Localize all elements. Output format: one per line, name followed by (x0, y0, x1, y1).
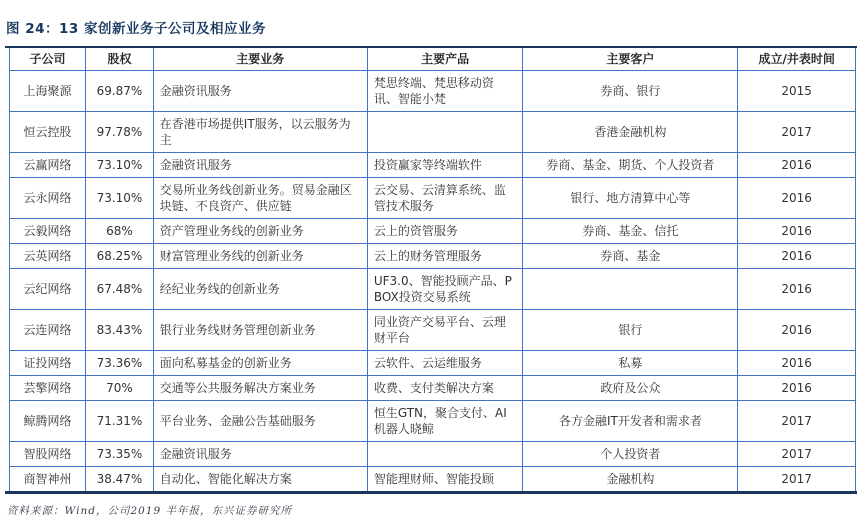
table-row: 云赢网络 73.10% 金融资讯服务 投资赢家等终端软件 券商、基金、期货、个人… (10, 153, 856, 178)
cell-products: 智能理财师、智能投顾 (367, 467, 523, 492)
table-row: 证投网络 73.36% 面向私募基金的创新业务 云软件、云运维服务 私募 201… (10, 351, 856, 376)
cell-business: 自动化、智能化解决方案 (153, 467, 367, 492)
cell-clients (523, 269, 738, 310)
cell-clients: 银行 (523, 310, 738, 351)
column-header-subsidiary: 子公司 (10, 48, 86, 71)
cell-products: 云上的资管服务 (367, 219, 523, 244)
cell-clients: 银行、地方清算中心等 (523, 178, 738, 219)
cell-products: 收费、支付类解决方案 (367, 376, 523, 401)
column-header-clients: 主要客户 (523, 48, 738, 71)
cell-business: 经纪业务线的创新业务 (153, 269, 367, 310)
cell-business: 资产管理业务线的创新业务 (153, 219, 367, 244)
cell-stake: 97.78% (86, 112, 154, 153)
cell-year: 2016 (738, 153, 856, 178)
table-row: 云纪网络 67.48% 经纪业务线的创新业务 UF3.0、智能投顾产品、PBOX… (10, 269, 856, 310)
cell-subsidiary: 智股网络 (10, 442, 86, 467)
cell-stake: 70% (86, 376, 154, 401)
cell-year: 2017 (738, 401, 856, 442)
cell-products: 梵思终端、梵思移动资讯、智能小梵 (367, 71, 523, 112)
cell-clients: 香港金融机构 (523, 112, 738, 153)
cell-stake: 69.87% (86, 71, 154, 112)
table-row: 云英网络 68.25% 财富管理业务线的创新业务 云上的财务管理服务 券商、基金… (10, 244, 856, 269)
table-header-row: 子公司 股权 主要业务 主要产品 主要客户 成立/并表时间 (10, 48, 856, 71)
table-row: 恒云控股 97.78% 在香港市场提供IT服务，以云服务为主 香港金融机构 20… (10, 112, 856, 153)
report-figure-page: 图 24：13 家创新业务子公司及相应业务 子公司 股权 主要业务 主要产品 主… (0, 0, 867, 518)
cell-products (367, 112, 523, 153)
subsidiaries-table: 子公司 股权 主要业务 主要产品 主要客户 成立/并表时间 上海聚源 69.87… (9, 48, 856, 491)
cell-products: UF3.0、智能投顾产品、PBOX投资交易系统 (367, 269, 523, 310)
cell-year: 2016 (738, 310, 856, 351)
table-row: 鲸腾网络 71.31% 平台业务、金融公告基础服务 恒生GTN，聚合支付、AI机… (10, 401, 856, 442)
cell-clients: 各方金融IT开发者和需求者 (523, 401, 738, 442)
cell-business: 金融资讯服务 (153, 71, 367, 112)
cell-subsidiary: 芸擎网络 (10, 376, 86, 401)
cell-business: 交易所业务线创新业务。贸易金融区块链、不良资产、供应链 (153, 178, 367, 219)
table-row: 芸擎网络 70% 交通等公共服务解决方案业务 收费、支付类解决方案 政府及公众 … (10, 376, 856, 401)
cell-subsidiary: 恒云控股 (10, 112, 86, 153)
cell-clients: 券商、基金 (523, 244, 738, 269)
cell-subsidiary: 云赢网络 (10, 153, 86, 178)
table-row: 云永网络 73.10% 交易所业务线创新业务。贸易金融区块链、不良资产、供应链 … (10, 178, 856, 219)
cell-products: 云上的财务管理服务 (367, 244, 523, 269)
cell-subsidiary: 云纪网络 (10, 269, 86, 310)
column-header-business: 主要业务 (153, 48, 367, 71)
cell-stake: 38.47% (86, 467, 154, 492)
cell-clients: 私募 (523, 351, 738, 376)
source-note: 资料来源：Wind，公司2019 半年报，东兴证券研究所 (7, 503, 861, 518)
cell-products: 恒生GTN，聚合支付、AI机器人晓鲸 (367, 401, 523, 442)
cell-year: 2016 (738, 244, 856, 269)
cell-subsidiary: 证投网络 (10, 351, 86, 376)
cell-business: 面向私募基金的创新业务 (153, 351, 367, 376)
table-row: 云毅网络 68% 资产管理业务线的创新业务 云上的资管服务 券商、基金、信托 2… (10, 219, 856, 244)
cell-stake: 68% (86, 219, 154, 244)
cell-business: 交通等公共服务解决方案业务 (153, 376, 367, 401)
cell-clients: 券商、基金、期货、个人投资者 (523, 153, 738, 178)
cell-year: 2017 (738, 112, 856, 153)
cell-subsidiary: 鲸腾网络 (10, 401, 86, 442)
column-header-year: 成立/并表时间 (738, 48, 856, 71)
cell-products: 云交易、云清算系统、监管技术服务 (367, 178, 523, 219)
cell-business: 金融资讯服务 (153, 442, 367, 467)
cell-year: 2016 (738, 351, 856, 376)
table-row: 商智神州 38.47% 自动化、智能化解决方案 智能理财师、智能投顾 金融机构 … (10, 467, 856, 492)
cell-business: 金融资讯服务 (153, 153, 367, 178)
cell-year: 2015 (738, 71, 856, 112)
cell-year: 2016 (738, 376, 856, 401)
cell-subsidiary: 云英网络 (10, 244, 86, 269)
cell-subsidiary: 上海聚源 (10, 71, 86, 112)
column-header-products: 主要产品 (367, 48, 523, 71)
cell-clients: 政府及公众 (523, 376, 738, 401)
cell-products: 同业资产交易平台、云理财平台 (367, 310, 523, 351)
cell-clients: 金融机构 (523, 467, 738, 492)
cell-subsidiary: 云永网络 (10, 178, 86, 219)
table-row: 上海聚源 69.87% 金融资讯服务 梵思终端、梵思移动资讯、智能小梵 券商、银… (10, 71, 856, 112)
cell-business: 平台业务、金融公告基础服务 (153, 401, 367, 442)
cell-year: 2016 (738, 178, 856, 219)
cell-stake: 73.10% (86, 178, 154, 219)
cell-business: 在香港市场提供IT服务，以云服务为主 (153, 112, 367, 153)
cell-subsidiary: 商智神州 (10, 467, 86, 492)
table-row: 云连网络 83.43% 银行业务线财务管理创新业务 同业资产交易平台、云理财平台… (10, 310, 856, 351)
cell-stake: 67.48% (86, 269, 154, 310)
cell-year: 2017 (738, 467, 856, 492)
cell-clients: 券商、银行 (523, 71, 738, 112)
cell-products: 投资赢家等终端软件 (367, 153, 523, 178)
cell-subsidiary: 云毅网络 (10, 219, 86, 244)
cell-stake: 68.25% (86, 244, 154, 269)
cell-business: 财富管理业务线的创新业务 (153, 244, 367, 269)
cell-clients: 个人投资者 (523, 442, 738, 467)
cell-year: 2016 (738, 219, 856, 244)
cell-business: 银行业务线财务管理创新业务 (153, 310, 367, 351)
table-row: 智股网络 73.35% 金融资讯服务 个人投资者 2017 (10, 442, 856, 467)
cell-stake: 71.31% (86, 401, 154, 442)
cell-stake: 73.36% (86, 351, 154, 376)
figure-title: 图 24：13 家创新业务子公司及相应业务 (6, 17, 861, 37)
cell-products (367, 442, 523, 467)
column-header-stake: 股权 (86, 48, 154, 71)
cell-stake: 73.10% (86, 153, 154, 178)
cell-year: 2017 (738, 442, 856, 467)
cell-subsidiary: 云连网络 (10, 310, 86, 351)
table-bottom-rule (5, 491, 857, 494)
cell-products: 云软件、云运维服务 (367, 351, 523, 376)
cell-stake: 83.43% (86, 310, 154, 351)
cell-year: 2016 (738, 269, 856, 310)
cell-stake: 73.35% (86, 442, 154, 467)
cell-clients: 券商、基金、信托 (523, 219, 738, 244)
